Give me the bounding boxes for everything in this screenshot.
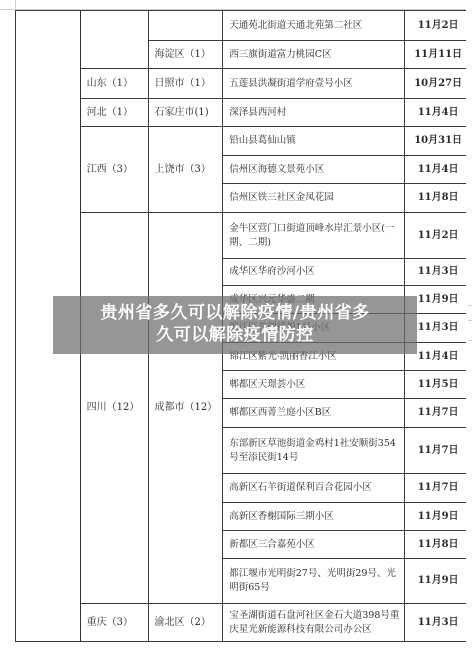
address-cell: 都江堰市光明街27号、光明街29号、光明街65号	[223, 559, 405, 604]
page-margin-right	[466, 0, 472, 655]
address-cell: 金牛区营门口街道顶峰水岸汇景小区(一期、二期)	[223, 213, 405, 259]
date-cell: 10月31日	[405, 127, 472, 156]
title-overlay-banner: 贵州省多久可以解除疫情/贵州省多 久可以解除疫情防控	[53, 296, 417, 354]
address-cell: 信州区铁三社区金凤花园	[223, 184, 405, 213]
city-cell: 渝北区（2）	[149, 604, 223, 642]
city-cell: 石家庄市(1)	[149, 99, 223, 127]
province-cell: 四川（12）	[80, 213, 149, 604]
date-cell: 11月3日	[405, 259, 472, 286]
table-row: 天通苑北街道天通北苑第二社区 11月2日	[16, 11, 472, 41]
date-cell: 11月9日	[405, 559, 472, 604]
margin-tick	[468, 340, 472, 341]
address-cell: 成华区华府沙河小区	[223, 259, 405, 286]
date-cell: 11月11日	[405, 41, 472, 69]
address-cell: 高新区石羊街道保利百合花园小区	[223, 474, 405, 503]
address-cell: 郫都区天璟荟小区	[223, 371, 405, 399]
date-cell: 11月9日	[405, 503, 472, 531]
province-cell	[80, 11, 149, 69]
address-cell: 天通苑北街道天通北苑第二社区	[223, 11, 405, 41]
date-cell: 11月2日	[405, 213, 472, 259]
date-cell: 10月27日	[405, 69, 472, 99]
address-cell: 五莲县洪凝街道学府壹号小区	[223, 69, 405, 99]
table-row: 四川（12） 成都市（12） 金牛区营门口街道顶峰水岸汇景小区(一期、二期) 1…	[16, 213, 472, 259]
address-cell: 高新区香榭国际三期小区	[223, 503, 405, 531]
date-cell: 11月7日	[405, 428, 472, 474]
address-cell: 宝圣湖街道石盘河社区金石大道398号重庆星光新能源科技有限公司办公区	[223, 604, 405, 642]
address-cell: 信州区海德文景苑小区	[223, 156, 405, 184]
overlay-title-line-1: 贵州省多久可以解除疫情/贵州省多	[53, 302, 417, 324]
address-cell: 铅山县葛仙山镇	[223, 127, 405, 156]
table-row: 山东（1） 日照市（1） 五莲县洪凝街道学府壹号小区 10月27日	[16, 69, 472, 99]
date-cell: 11月8日	[405, 531, 472, 559]
province-cell: 山东（1）	[80, 69, 149, 99]
address-cell: 新都区三合嘉苑小区	[223, 531, 405, 559]
date-cell: 11月4日	[405, 99, 472, 127]
province-cell: 江西（3）	[80, 127, 149, 213]
date-cell: 11月5日	[405, 371, 472, 399]
city-cell	[149, 11, 223, 41]
date-cell: 11月2日	[405, 11, 472, 41]
city-cell: 成都市（12）	[149, 213, 223, 604]
city-cell: 上饶市（3）	[149, 127, 223, 213]
address-cell: 东部新区草池街道金鸡村1社安顺街354号至添民街14号	[223, 428, 405, 474]
date-cell: 11月7日	[405, 399, 472, 428]
table-row: 河北（1） 石家庄市(1) 深泽县西河村 11月4日	[16, 99, 472, 127]
date-cell: 11月3日	[405, 604, 472, 642]
margin-tick	[468, 305, 472, 306]
address-cell: 西三旗街道富力桃园C区	[223, 41, 405, 69]
date-cell: 11月4日	[405, 156, 472, 184]
date-cell: 11月8日	[405, 184, 472, 213]
address-cell: 郫都区西菁兰庭小区B区	[223, 399, 405, 428]
province-cell: 重庆（3）	[80, 604, 149, 642]
overlay-title-line-2: 久可以解除疫情防控	[53, 324, 417, 346]
address-cell: 深泽县西河村	[223, 99, 405, 127]
city-cell: 海淀区（1）	[149, 41, 223, 69]
date-cell: 11月7日	[405, 474, 472, 503]
table-row: 重庆（3） 渝北区（2） 宝圣湖街道石盘河社区金石大道398号重庆星光新能源科技…	[16, 604, 472, 642]
province-cell: 河北（1）	[80, 99, 149, 127]
margin-tick	[468, 320, 472, 321]
city-cell: 日照市（1）	[149, 69, 223, 99]
table-row: 江西（3） 上饶市（3） 铅山县葛仙山镇 10月31日	[16, 127, 472, 156]
